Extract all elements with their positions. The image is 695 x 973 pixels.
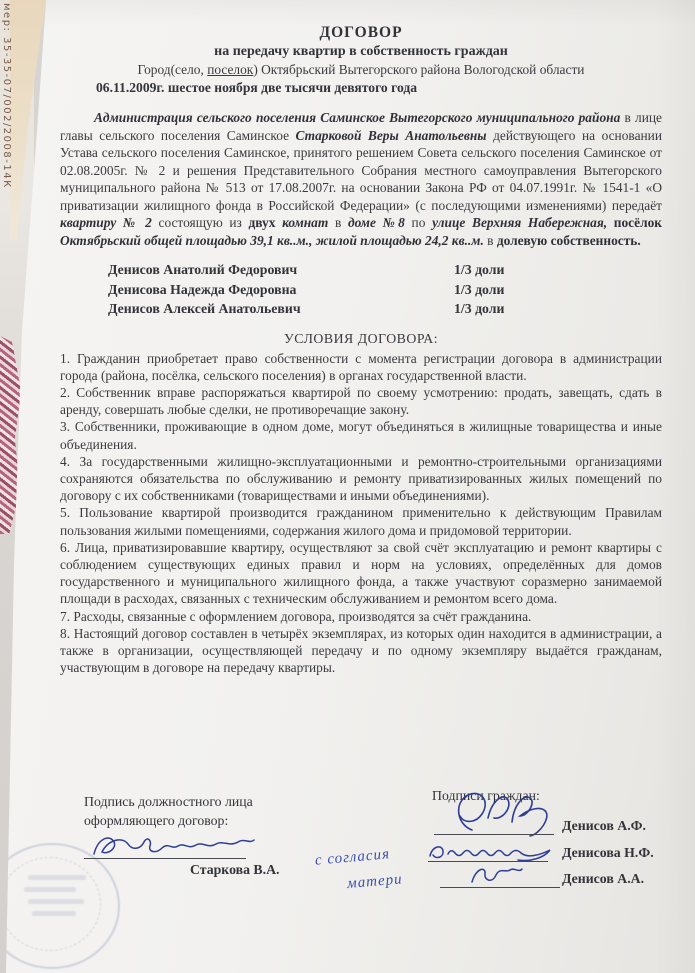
preamble-paragraph: Администрация сельского поселения Саминс… xyxy=(60,109,662,249)
document-title: ДОГОВОР xyxy=(60,24,662,42)
term-paragraph-6: 6. Лица, приватизировавшие квартиру, осу… xyxy=(60,539,662,608)
owner-share: 1/3 доли xyxy=(454,299,504,319)
preamble-segment: в xyxy=(487,233,497,248)
citizen-signature-line xyxy=(440,887,560,888)
owner-row: Денисов Алексей Анатольевич 1/3 доли xyxy=(108,299,662,319)
preamble-segment: квартиру № 2 xyxy=(60,215,159,230)
term-paragraph-2: 2. Собственник вправе распоряжаться квар… xyxy=(60,384,662,418)
preamble-segment: Администрация сельского поселения Саминс… xyxy=(94,110,625,125)
location-underlined: поселок xyxy=(207,62,253,77)
citizen-name: Денисова Н.Ф. xyxy=(562,845,654,861)
contract-body: ДОГОВОР на передачу квартир в собственно… xyxy=(60,24,662,676)
preamble-segment: доме №8 xyxy=(348,215,412,230)
location-suffix: ) Октябрьский Вытегорского района Волого… xyxy=(253,62,584,77)
citizen-name: Денисов А.А. xyxy=(562,871,644,887)
official-signature-line xyxy=(84,858,246,859)
preamble-segment: долевую собственность. xyxy=(497,233,641,248)
consent-note-line1: с согласия xyxy=(314,846,390,868)
signature-denisov-af-handwriting xyxy=(446,788,558,838)
official-label: Подпись должностного лица оформляющего д… xyxy=(84,792,314,830)
term-paragraph-7: 7. Расходы, связанные с оформлением дого… xyxy=(60,608,662,625)
preamble-segment: Октябрьский общей площадью 39,1 кв..м., … xyxy=(60,233,487,248)
contract-page: ДОГОВОР на передачу квартир в собственно… xyxy=(0,0,695,973)
citizen-signature-line xyxy=(434,834,554,835)
preamble-segment: Старковой Веры Анатольевны xyxy=(296,128,487,143)
preamble-segment: посёлок xyxy=(614,215,662,230)
term-paragraph-3: 3. Собственники, проживающие в одном дом… xyxy=(60,418,662,452)
owner-name: Денисов Алексей Анатольевич xyxy=(108,299,454,319)
registration-number-side-stamp: мер: 35-35-07/002/2008-14К xyxy=(1,3,12,189)
preamble-segment: двух xyxy=(249,215,283,230)
term-paragraph-8: 8. Настоящий договор составлен в четырёх… xyxy=(60,625,662,677)
owners-list: Денисов Анатолий Федорович 1/3 доли Дени… xyxy=(60,260,662,319)
term-paragraph-1: 1. Гражданин приобретает право собственн… xyxy=(60,350,662,384)
term-paragraph-5: 5. Пользование квартирой производится гр… xyxy=(60,504,662,538)
official-name: Старкова В.А. xyxy=(190,862,279,878)
seal-text-line xyxy=(28,875,86,880)
preamble-segment: в xyxy=(335,215,348,230)
owner-row: Денисов Анатолий Федорович 1/3 доли xyxy=(108,260,662,280)
owner-name: Денисов Анатолий Федорович xyxy=(108,260,454,280)
official-label-line1: Подпись должностного лица xyxy=(84,792,314,811)
owner-share: 1/3 доли xyxy=(454,260,504,280)
handwritten-consent-note: с согласия матери xyxy=(314,840,404,899)
citizen-name: Денисов А.Ф. xyxy=(562,818,646,834)
date-line: 06.11.2009г. шестое ноября две тысячи де… xyxy=(60,80,662,96)
preamble-segment: улице Верхняя Набережная, xyxy=(432,215,614,230)
preamble-segment: состоящую из xyxy=(159,215,249,230)
document-subtitle: на передачу квартир в собственность граж… xyxy=(60,44,662,60)
seal-text-line xyxy=(32,911,76,916)
seal-text-line xyxy=(24,887,76,892)
preamble-segment: по xyxy=(412,215,433,230)
location-prefix: Город(село, xyxy=(138,62,208,77)
seal-inner-ring xyxy=(0,857,101,951)
location-line: Город(село, поселок) Октябрьский Вытегор… xyxy=(60,62,662,78)
terms-heading: УСЛОВИЯ ДОГОВОРА: xyxy=(60,331,662,347)
official-signature-column: Подпись должностного лица оформляющего д… xyxy=(84,792,314,830)
preamble-segment: комнат xyxy=(282,215,335,230)
owner-name: Денисова Надежда Федоровна xyxy=(108,280,454,300)
term-paragraph-4: 4. За государственными жилищно-эксплуата… xyxy=(60,453,662,505)
consent-note-line2: матери xyxy=(316,866,404,899)
seal-text-line xyxy=(28,899,84,904)
owner-share: 1/3 доли xyxy=(454,280,504,300)
owner-row: Денисова Надежда Федоровна 1/3 доли xyxy=(108,280,662,300)
